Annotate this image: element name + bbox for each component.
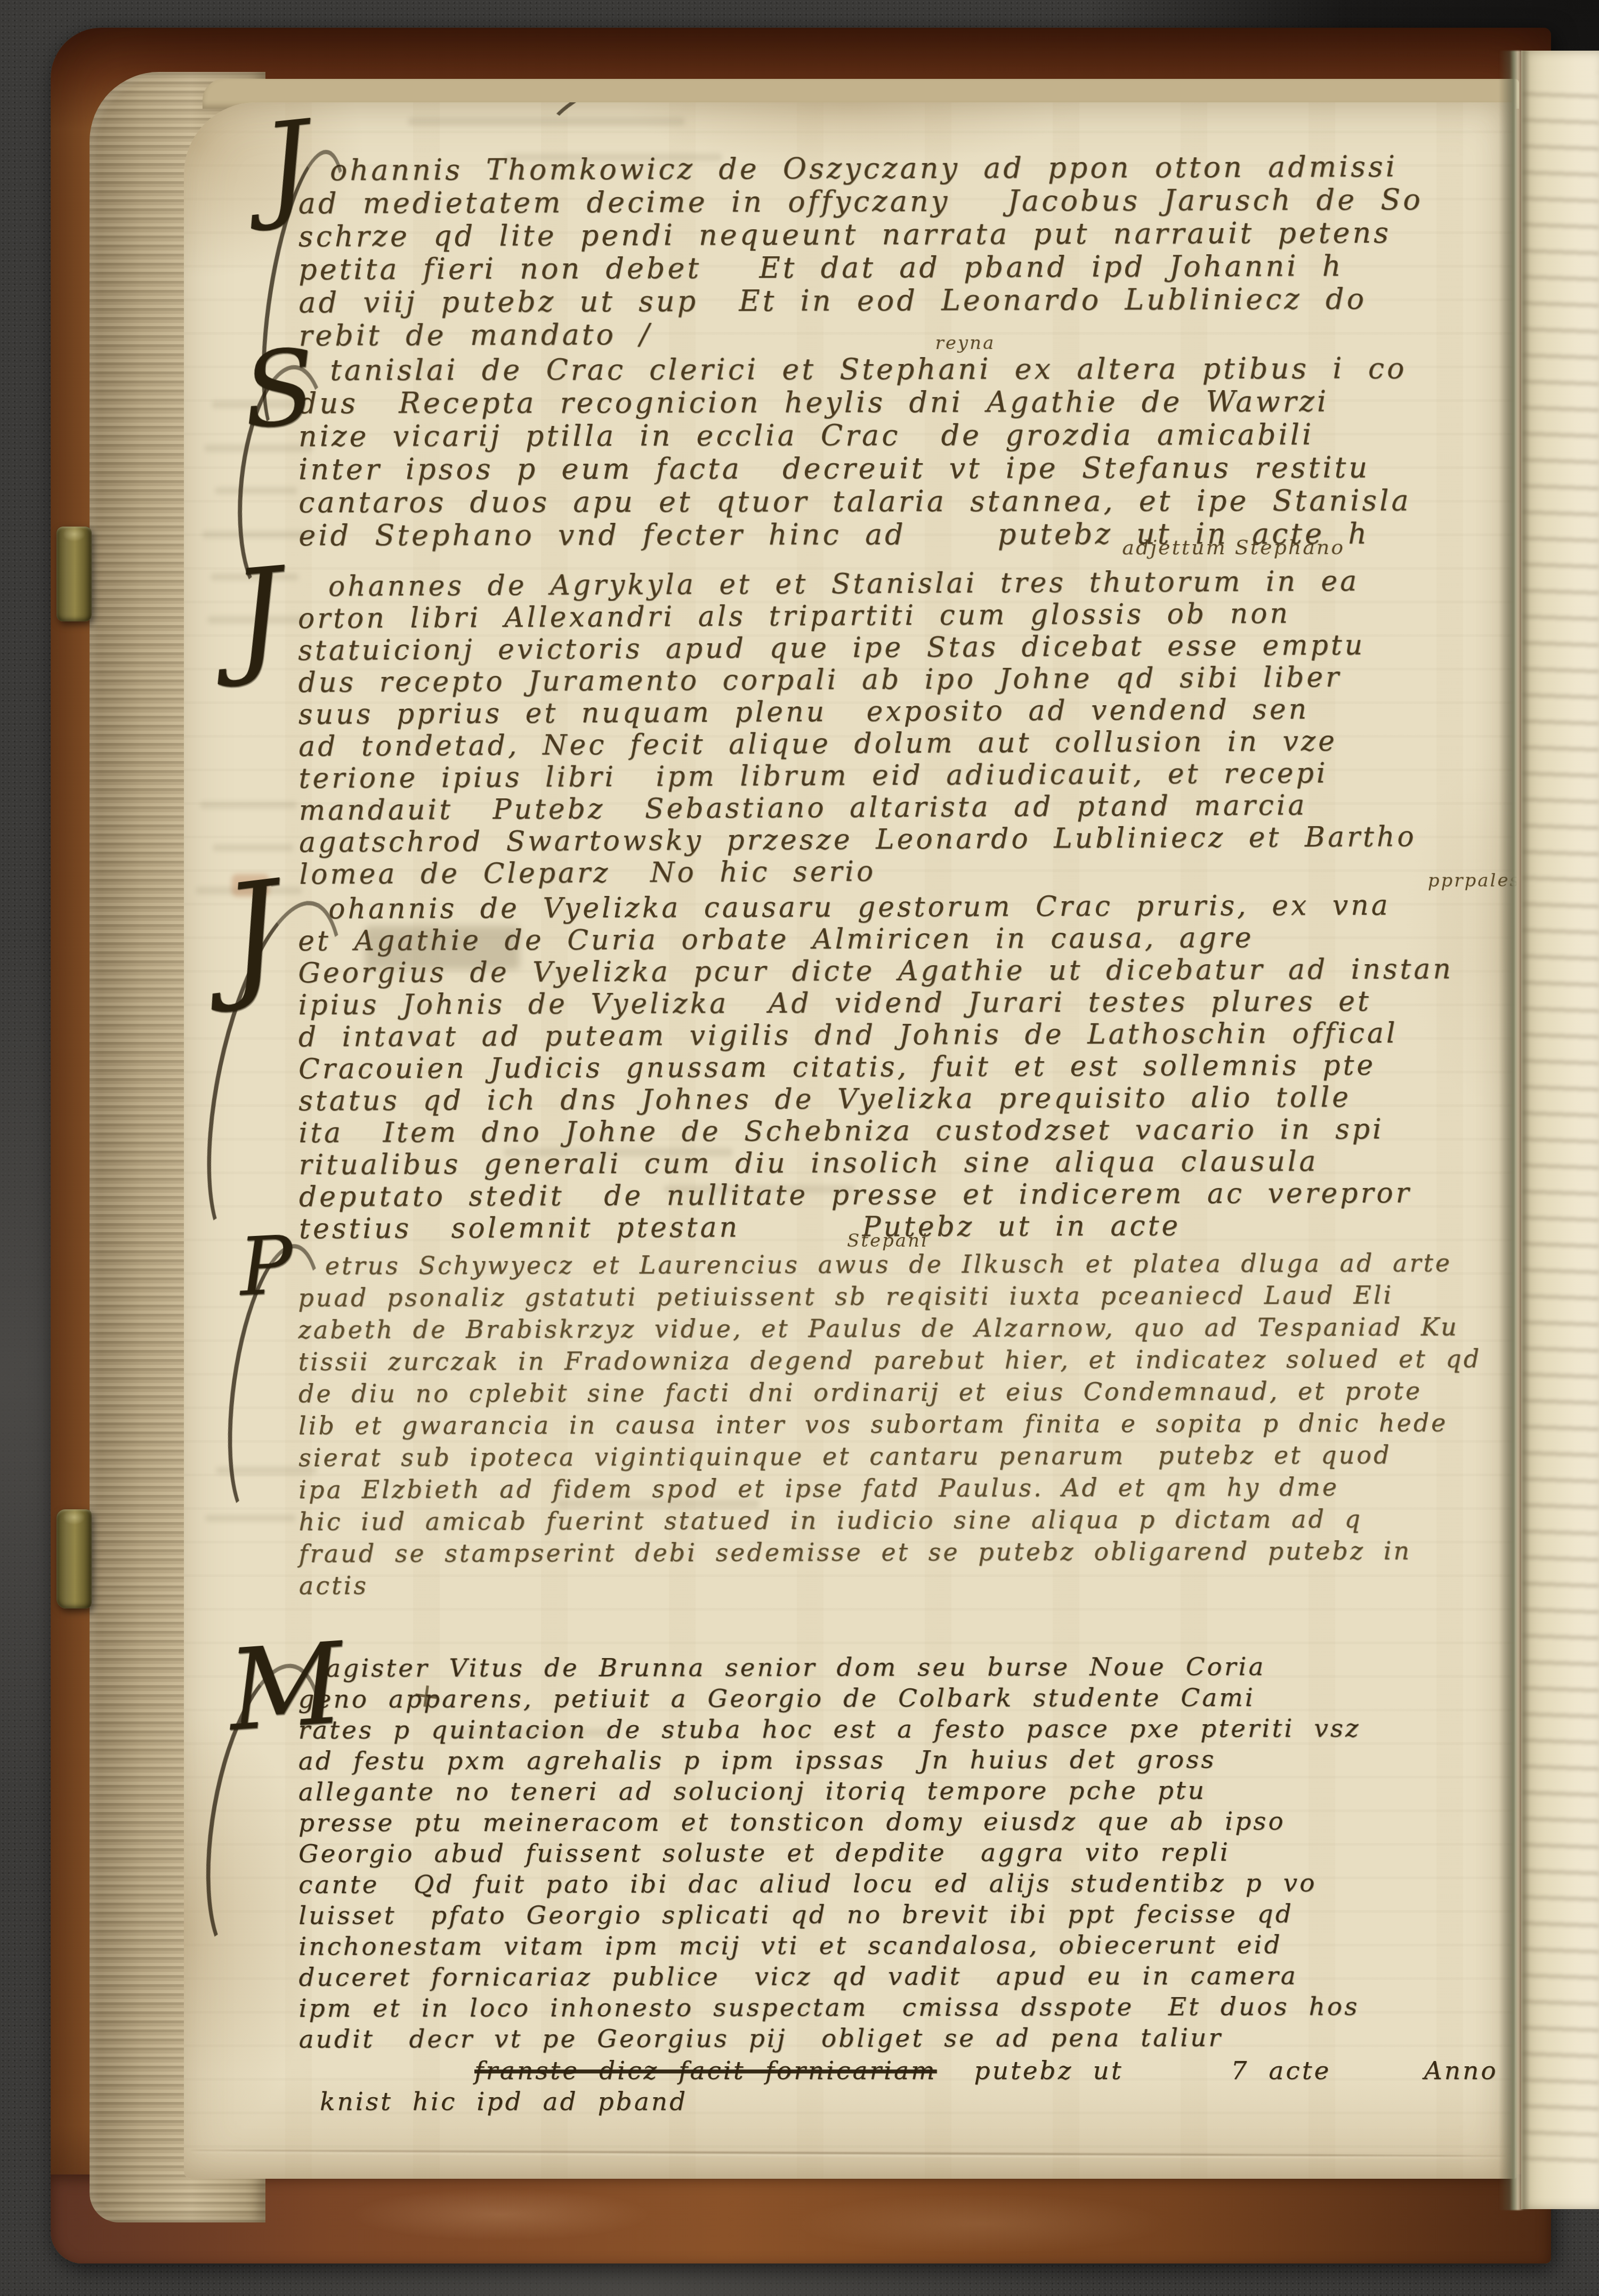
struck-through-row: franste dicz facit fornicariamputebz ut … — [298, 2056, 1516, 2085]
page-bottom-crease — [190, 2149, 1507, 2157]
text-line: tanislai de Crac clerici et Stephani ex … — [298, 352, 1516, 387]
final-text-line: knist hic ipd ad pband — [298, 2087, 688, 2116]
paragraph-initial: M — [226, 1643, 346, 1732]
text-line: sierat sub ipoteca vigintiquinque et can… — [298, 1438, 1516, 1474]
paragraph-initial: J — [220, 882, 286, 985]
text-line: ipm et in loco inhonesto suspectam cmiss… — [298, 1991, 1516, 2024]
text-line: d intavat ad puteam vigilis dnd Johnis d… — [298, 1017, 1516, 1053]
text-line: hic iud amicab fuerint statued in iudici… — [298, 1502, 1516, 1538]
manuscript-entry-1: ohannis Thomkowicz de Oszyczany ad ppon … — [298, 150, 1516, 352]
text-line: et Agathie de Curia orbate Almiricen in … — [298, 921, 1516, 957]
ghost-line — [200, 802, 297, 809]
manuscript-page: J S J J P M ohannis Thomkowicz de Oszycz… — [184, 102, 1516, 2179]
brass-clasp-upper — [56, 527, 92, 621]
text-line: ohannis Thomkowicz de Oszyczany ad ppon … — [298, 150, 1516, 187]
text-line: status qd ich dns Johnes de Vyelizka pre… — [298, 1081, 1516, 1117]
text-line: tissii zurczak in Fradowniza degend pare… — [298, 1343, 1516, 1378]
text-line: ohannis de Vyelizka causaru gestorum Cra… — [298, 889, 1516, 925]
row-tail-text: putebz ut 7 acte Anno fest ad — [974, 2056, 1516, 2085]
text-line: actis — [299, 1566, 1516, 1602]
paragraph-initial: J — [229, 568, 287, 662]
photograph-dark-backdrop: { "photo": { "subject": "Bound manuscrip… — [0, 0, 1599, 2296]
text-line: ad viij putebz ut sup Et in eod Leonardo… — [298, 282, 1516, 319]
text-line: lomea de Cleparz No hic serio — [299, 852, 1516, 891]
text-line: luisset pfato Georgio splicati qd no bre… — [298, 1898, 1516, 1931]
text-line: Cracouien Judicis gnussam citatis, fuit … — [298, 1049, 1516, 1085]
text-line: puad psonaliz gstatuti petiuissent sb re… — [298, 1279, 1516, 1314]
text-line: Georgius de Vyelizka pcur dicte Agathie … — [298, 953, 1516, 989]
text-line: petita fieri non debet Et dat ad pband i… — [298, 249, 1516, 286]
manuscript-entry-2: reyna adjettum Stephano tanislai de Crac… — [298, 352, 1516, 552]
gutter-fold — [1499, 51, 1530, 2210]
text-line: schrze qd lite pendi nequeunt narrata pu… — [298, 216, 1516, 253]
text-line: ritualibus generali cum diu insolich sin… — [299, 1145, 1516, 1181]
manuscript-entry-6: agister Vitus de Brunna senior dom seu b… — [298, 1651, 1516, 2055]
text-line: geno apparens, petiuit a Georgio de Colb… — [298, 1682, 1516, 1715]
text-line: etrus Schywyecz et Laurencius awus de Il… — [298, 1247, 1516, 1282]
leather-cover-bottom-edge — [51, 2174, 1551, 2263]
text-line: inter ipsos p eum facta decreuit vt ipe … — [298, 451, 1516, 486]
text-line: fraud se stampserint debi sedemisse et s… — [299, 1534, 1516, 1570]
facing-page-ghost-text — [1521, 72, 1599, 2182]
facing-page-edge — [1521, 51, 1599, 2209]
text-line: ad festu pxm agrehalis p ipm ipssas Jn h… — [298, 1744, 1516, 1777]
manuscript-entry-3: ohannes de Agrykyla et et Stanislai tres… — [297, 564, 1516, 891]
interlinear-note: reyna — [935, 333, 996, 354]
manuscript-entry-5: Stepani etrus Schywyecz et Laurencius aw… — [298, 1247, 1516, 1602]
text-line: deputato stedit de nullitate presse et i… — [299, 1177, 1516, 1213]
manuscript-entry-4: pprpales ohannis de Vyelizka causaru ges… — [298, 889, 1516, 1245]
text-line: duceret fornicariaz publice vicz qd vadi… — [298, 1960, 1516, 1993]
text-line: cante Qd fuit pato ibi dac aliud locu ed… — [298, 1867, 1516, 1901]
text-line: inchonestam vitam ipm mcij vti et scanda… — [298, 1929, 1516, 1962]
text-line: audit decr vt pe Georgius pij obliget se… — [299, 2022, 1516, 2055]
text-line: dus Recepta recognicion heylis dni Agath… — [298, 385, 1516, 420]
brass-clasp-lower — [56, 1509, 92, 1608]
paragraph-initial: S — [241, 350, 317, 429]
text-line: presse ptu meineracom et tonsticon domy … — [298, 1806, 1516, 1839]
text-line: nize vicarij ptilla in ecclia Crac de gr… — [298, 418, 1516, 453]
text-line: lib et gwarancia in causa inter vos subo… — [298, 1406, 1516, 1442]
ghost-line — [213, 844, 294, 851]
paragraph-initial: P — [238, 1236, 294, 1296]
text-line: agister Vitus de Brunna senior dom seu b… — [298, 1651, 1516, 1684]
text-line: ipa Elzbieth ad fidem spod et ipse fatd … — [298, 1470, 1516, 1506]
text-line: rates p quintacion de stuba hoc est a fe… — [298, 1713, 1516, 1746]
text-line: cantaros duos apu et qtuor talaria stann… — [298, 484, 1516, 519]
text-line: ita Item dno Johne de Schebniza custodzs… — [298, 1113, 1516, 1149]
text-line: Georgio abud fuissent soluste et depdite… — [298, 1837, 1516, 1870]
strikethrough-text: franste dicz facit fornicariam — [474, 2056, 937, 2085]
paragraph-initial: J — [260, 122, 314, 208]
text-line: eid Stephano vnd fecter hinc ad putebz u… — [298, 517, 1516, 552]
text-line: ad medietatem decime in offyczany Jacobu… — [298, 183, 1516, 220]
text-line: zabeth de Brabiskrzyz vidue, et Paulus d… — [298, 1311, 1516, 1346]
text-line: rebit de mandato / — [298, 315, 1516, 352]
text-line: de diu no cplebit sine facti dni ordinar… — [298, 1375, 1516, 1410]
text-line: ipius Johnis de Vyelizka Ad vidend Jurar… — [298, 985, 1516, 1021]
text-line: allegante no teneri ad solucionj itoriq … — [298, 1775, 1516, 1808]
